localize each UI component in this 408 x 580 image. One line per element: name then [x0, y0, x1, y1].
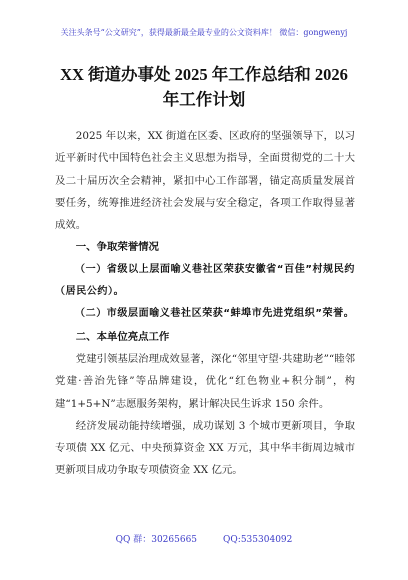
document-body: 2025 年以来，XX 街道在区委、区政府的坚强领导下，以习近平新时代中国特色社…	[55, 125, 355, 482]
honor-item-provincial: （一）省级以上层面喻义巷社区荣获安徽省“百佳”村规民约（居民公约）。	[55, 259, 355, 304]
section-heading-highlights: 二、本单位亮点工作	[55, 326, 355, 348]
header-promo-note: 关注头条号“公文研究”，获得最新最全最专业的公文资料库！ 微信：gongweny…	[0, 27, 408, 39]
section-heading-honors: 一、争取荣誉情况	[55, 236, 355, 258]
title-line-1: XX 街道办事处 2025 年工作总结和 2026	[40, 62, 368, 87]
highlight-paragraph-economy: 经济发展动能持续增强，成功谋划 3 个城市更新项目，争取专项债 XX 亿元、中央…	[55, 415, 355, 482]
footer-contact: QQ 群：30265665QQ:535304092	[0, 533, 408, 547]
title-line-2: 年工作计划	[40, 87, 368, 112]
footer-qq-group: QQ 群：30265665	[116, 533, 197, 547]
document-title: XX 街道办事处 2025 年工作总结和 2026 年工作计划	[40, 62, 368, 112]
intro-paragraph: 2025 年以来，XX 街道在区委、区政府的坚强领导下，以习近平新时代中国特色社…	[55, 125, 355, 236]
highlight-paragraph-party-building: 党建引领基层治理成效显著，深化“邻里守望·共建助老”“睦邻党建·善治先锋”等品牌…	[55, 348, 355, 415]
footer-qq: QQ:535304092	[223, 533, 292, 547]
honor-item-municipal: （二）市级层面喻义巷社区荣获“蚌埠市先进党组织”荣誉。	[55, 303, 355, 325]
